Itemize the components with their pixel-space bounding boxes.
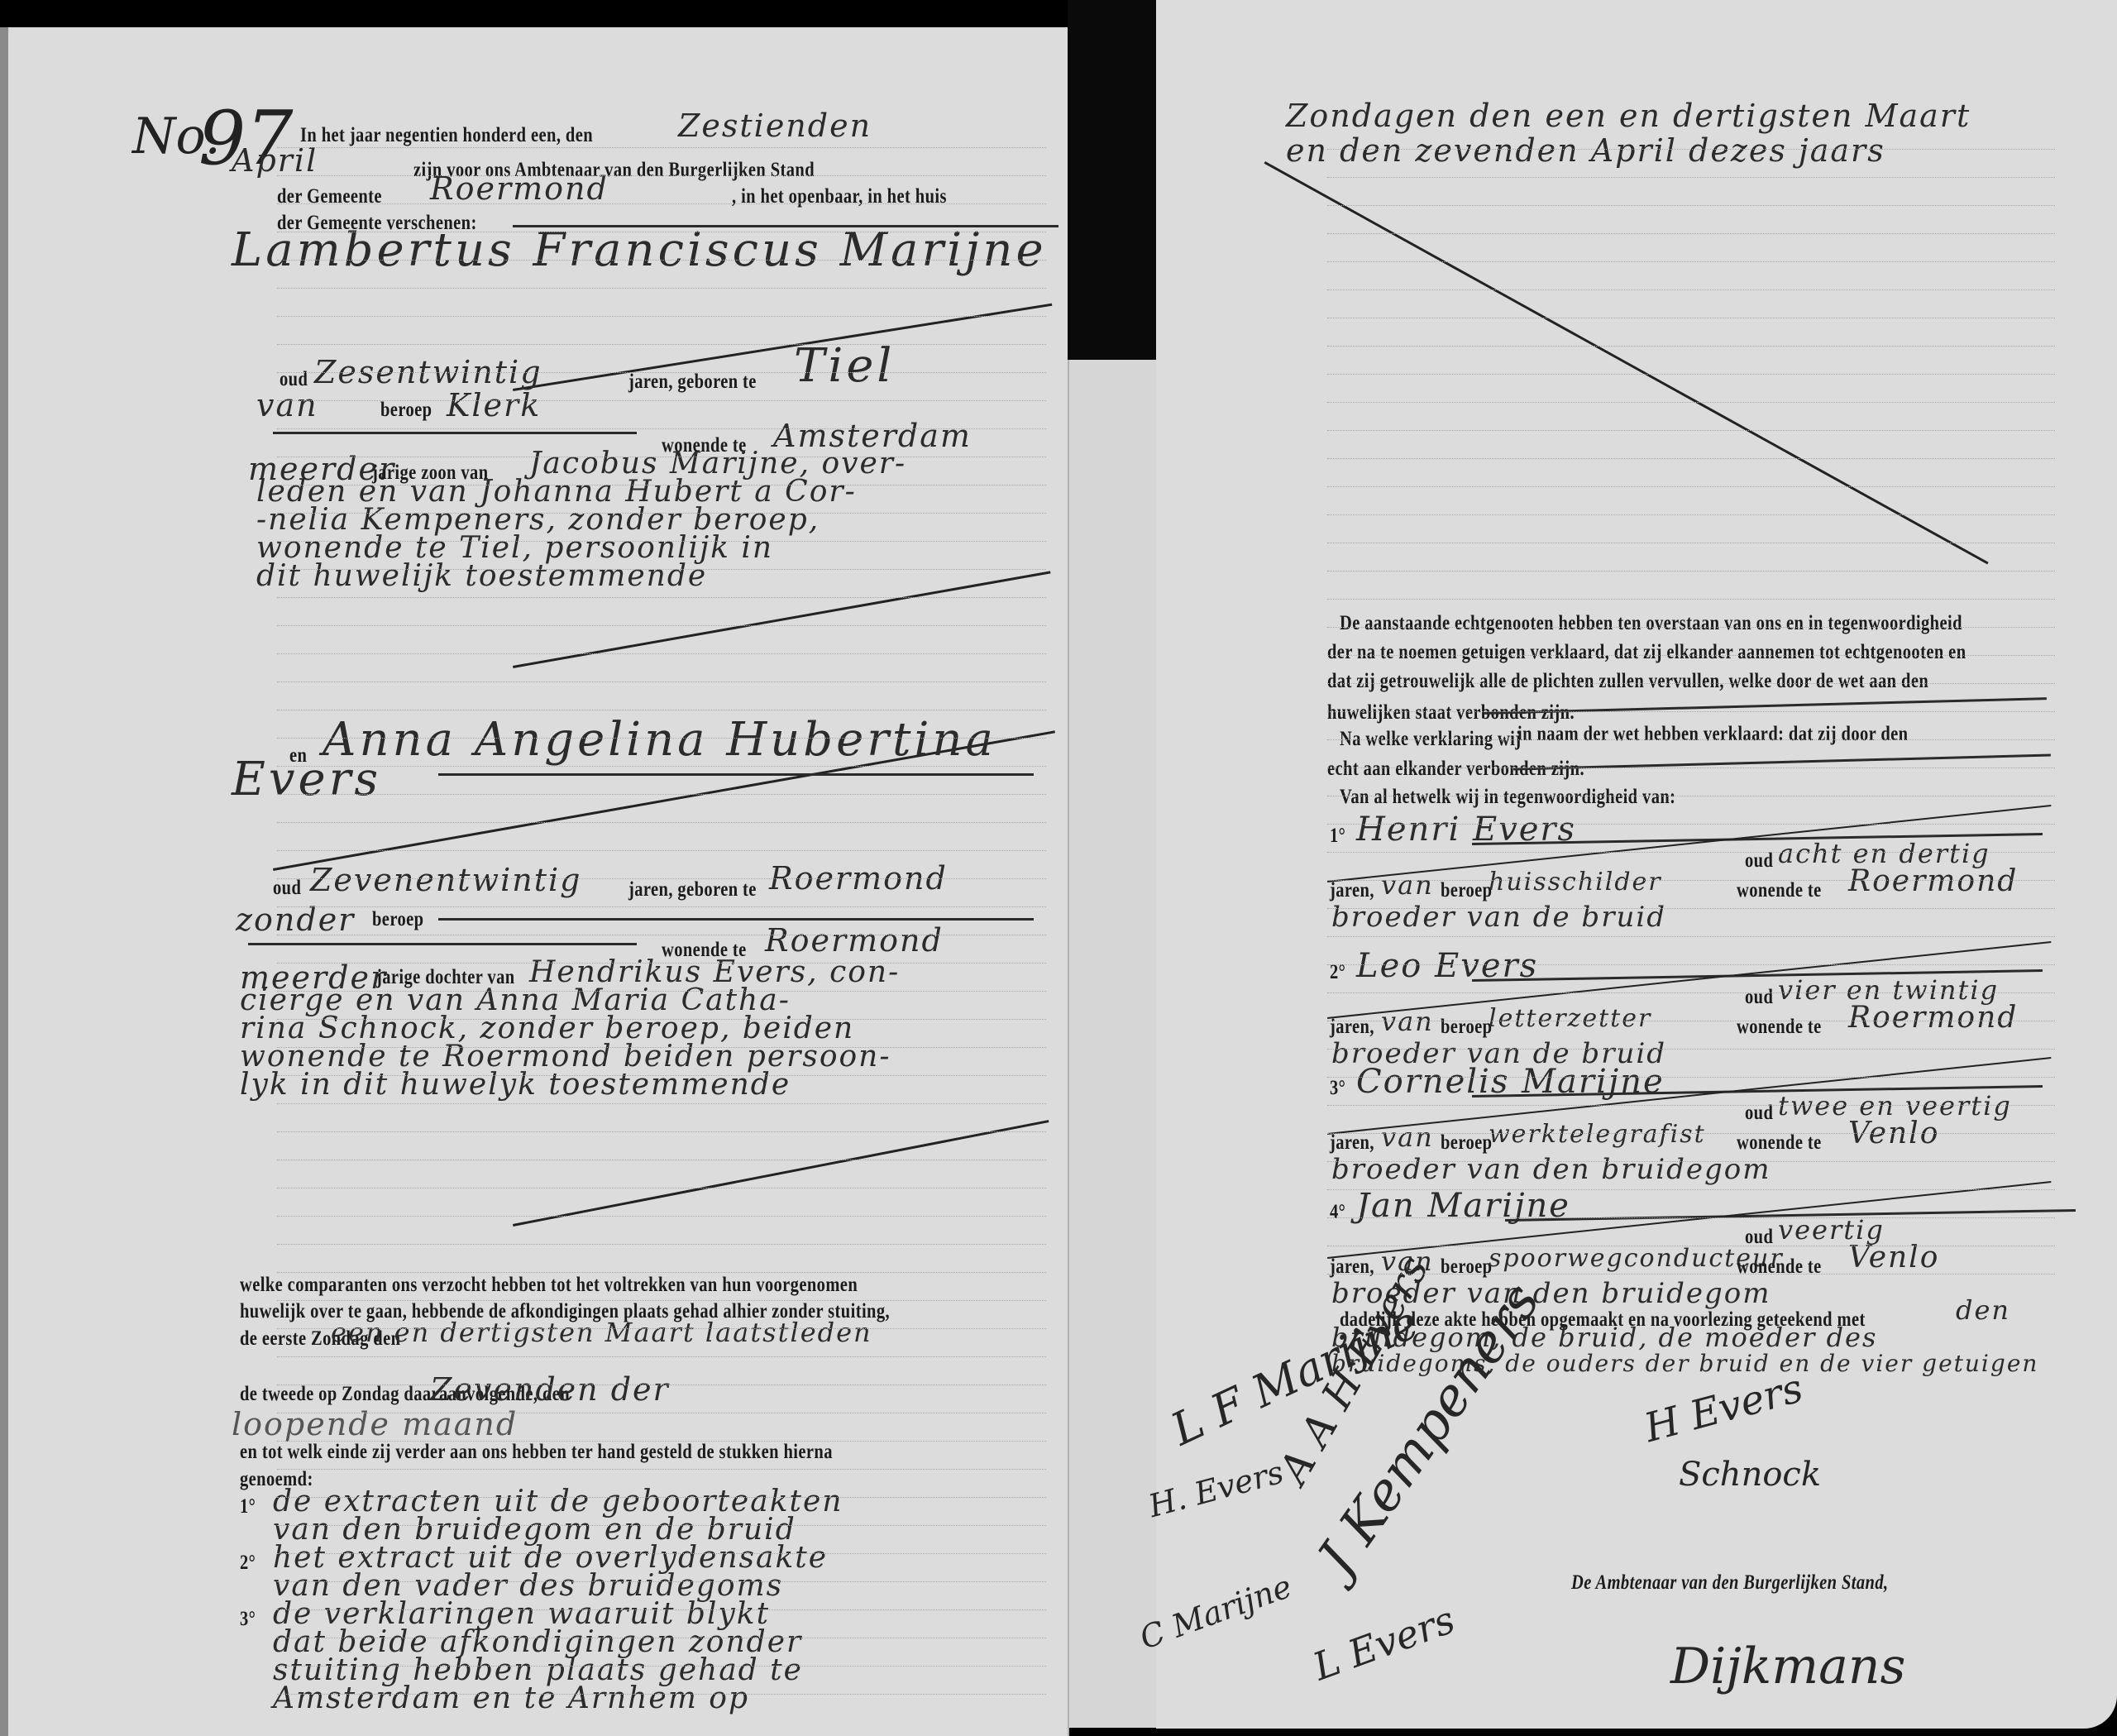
intro-line3b: , in het openbaar, in het huis bbox=[732, 185, 947, 208]
groom-occupation: Klerk bbox=[447, 387, 541, 423]
witness-occupation: letterzetter bbox=[1489, 1004, 1651, 1033]
witness-van: van bbox=[1381, 1121, 1434, 1153]
groom-occupation-prefix: van bbox=[256, 387, 318, 423]
official-signature: Dijkmans bbox=[1670, 1638, 1905, 1695]
witness-number: 3° bbox=[1330, 1077, 1345, 1100]
witness-occupation-label: beroep bbox=[1441, 1131, 1492, 1155]
witness-occupation-label: beroep bbox=[1441, 1255, 1492, 1279]
intro-line1: In het jaar negentien honderd een, den bbox=[300, 124, 593, 147]
signature-mother-bride: Schnock bbox=[1679, 1456, 1821, 1494]
bride-parents-line: lyk in dit huwelyk toestemmende bbox=[240, 1068, 791, 1102]
bride-name-line2: Evers bbox=[232, 753, 381, 806]
document-number: 2° bbox=[240, 1552, 256, 1575]
witness-occupation-label: beroep bbox=[1441, 1016, 1492, 1039]
witness-occupation-label: beroep bbox=[1441, 879, 1492, 902]
bride-residence: Roermond bbox=[765, 922, 944, 959]
document-item: Amsterdam en te Arnhem op bbox=[273, 1681, 749, 1715]
witness-residence: Roermond bbox=[1848, 1001, 2018, 1035]
witness-number: 1° bbox=[1330, 825, 1345, 848]
witness-occupation: werktelegrafist bbox=[1489, 1120, 1706, 1149]
groom-parents-line: dit huwelijk toestemmende bbox=[256, 559, 707, 593]
document-number: 3° bbox=[240, 1608, 256, 1631]
intro-day: Zestienden bbox=[678, 108, 872, 144]
witness-age-label: oud bbox=[1745, 849, 1773, 873]
witness-residence-label: wonende te bbox=[1737, 879, 1822, 902]
bride-occupation-label: beroep bbox=[372, 908, 423, 931]
witness-residence: Roermond bbox=[1848, 864, 2018, 898]
declaration-line1: De aanstaande echtgenooten hebben ten ov… bbox=[1340, 612, 1962, 635]
presence-line: Van al hetwelk wij in tegenwoordigheid v… bbox=[1340, 786, 1675, 809]
groom-birthplace: Tiel bbox=[794, 339, 895, 393]
banns-line6: en tot welk einde zij verder aan ons heb… bbox=[240, 1441, 833, 1464]
pronouncement-b: in naam der wet hebben verklaard: dat zi… bbox=[1517, 723, 1908, 746]
continuation-line1: Zondagen den een en dertigsten Maart bbox=[1286, 98, 1971, 134]
witness-years-label: jaren, bbox=[1330, 879, 1374, 902]
witness-residence-label: wonende te bbox=[1737, 1016, 1822, 1039]
official-title: De Ambtenaar van den Burgerlijken Stand, bbox=[1571, 1571, 1889, 1595]
witness-years-label: jaren, bbox=[1330, 1131, 1374, 1155]
witness-residence-label: wonende te bbox=[1737, 1255, 1822, 1279]
closing-hand-0: den bbox=[1956, 1294, 2010, 1326]
book-gutter-shadow bbox=[1068, 0, 1156, 360]
declaration-line2: der na te noemen getuigen verklaard, dat… bbox=[1327, 641, 1966, 664]
witness-years-label: jaren, bbox=[1330, 1016, 1374, 1039]
declaration-line3: dat zij getrouwelijk alle de plichten zu… bbox=[1327, 670, 1928, 693]
witness-relation: broeder van de bruid bbox=[1331, 901, 1666, 934]
continuation-line2: en den zevenden April dezes jaars bbox=[1286, 132, 1885, 169]
witness-van: van bbox=[1381, 869, 1434, 901]
bride-age: Zevenentwintig bbox=[310, 862, 581, 898]
groom-occupation-label: beroep bbox=[380, 399, 432, 422]
groom-born-label: jaren, geboren te bbox=[628, 371, 757, 394]
witness-occupation: huisschilder bbox=[1489, 868, 1662, 897]
intro-line3a: der Gemeente bbox=[277, 185, 382, 208]
banns-line1: welke comparanten ons verzocht hebben to… bbox=[240, 1274, 858, 1297]
witness-van: van bbox=[1381, 1006, 1434, 1037]
book-gutter bbox=[1068, 360, 1156, 1736]
bride-age-label: oud bbox=[273, 877, 301, 900]
banns-second-date-cont: loopende maand bbox=[232, 1406, 518, 1442]
document-number: 1° bbox=[240, 1495, 256, 1518]
bride-born-label: jaren, geboren te bbox=[628, 878, 757, 901]
witness-relation: broeder van den bruidegom bbox=[1331, 1153, 1771, 1186]
witness-age-label: oud bbox=[1745, 986, 1773, 1009]
witness-residence-label: wonende te bbox=[1737, 1131, 1822, 1155]
bride-name-line1: Anna Angelina Hubertina bbox=[323, 713, 996, 767]
witness-years-label: jaren, bbox=[1330, 1255, 1374, 1279]
witness-number: 4° bbox=[1330, 1201, 1345, 1224]
banns-first-date: een en dertigsten Maart laatstleden bbox=[331, 1317, 872, 1348]
banns-second-date: Zevenden der bbox=[430, 1371, 670, 1408]
